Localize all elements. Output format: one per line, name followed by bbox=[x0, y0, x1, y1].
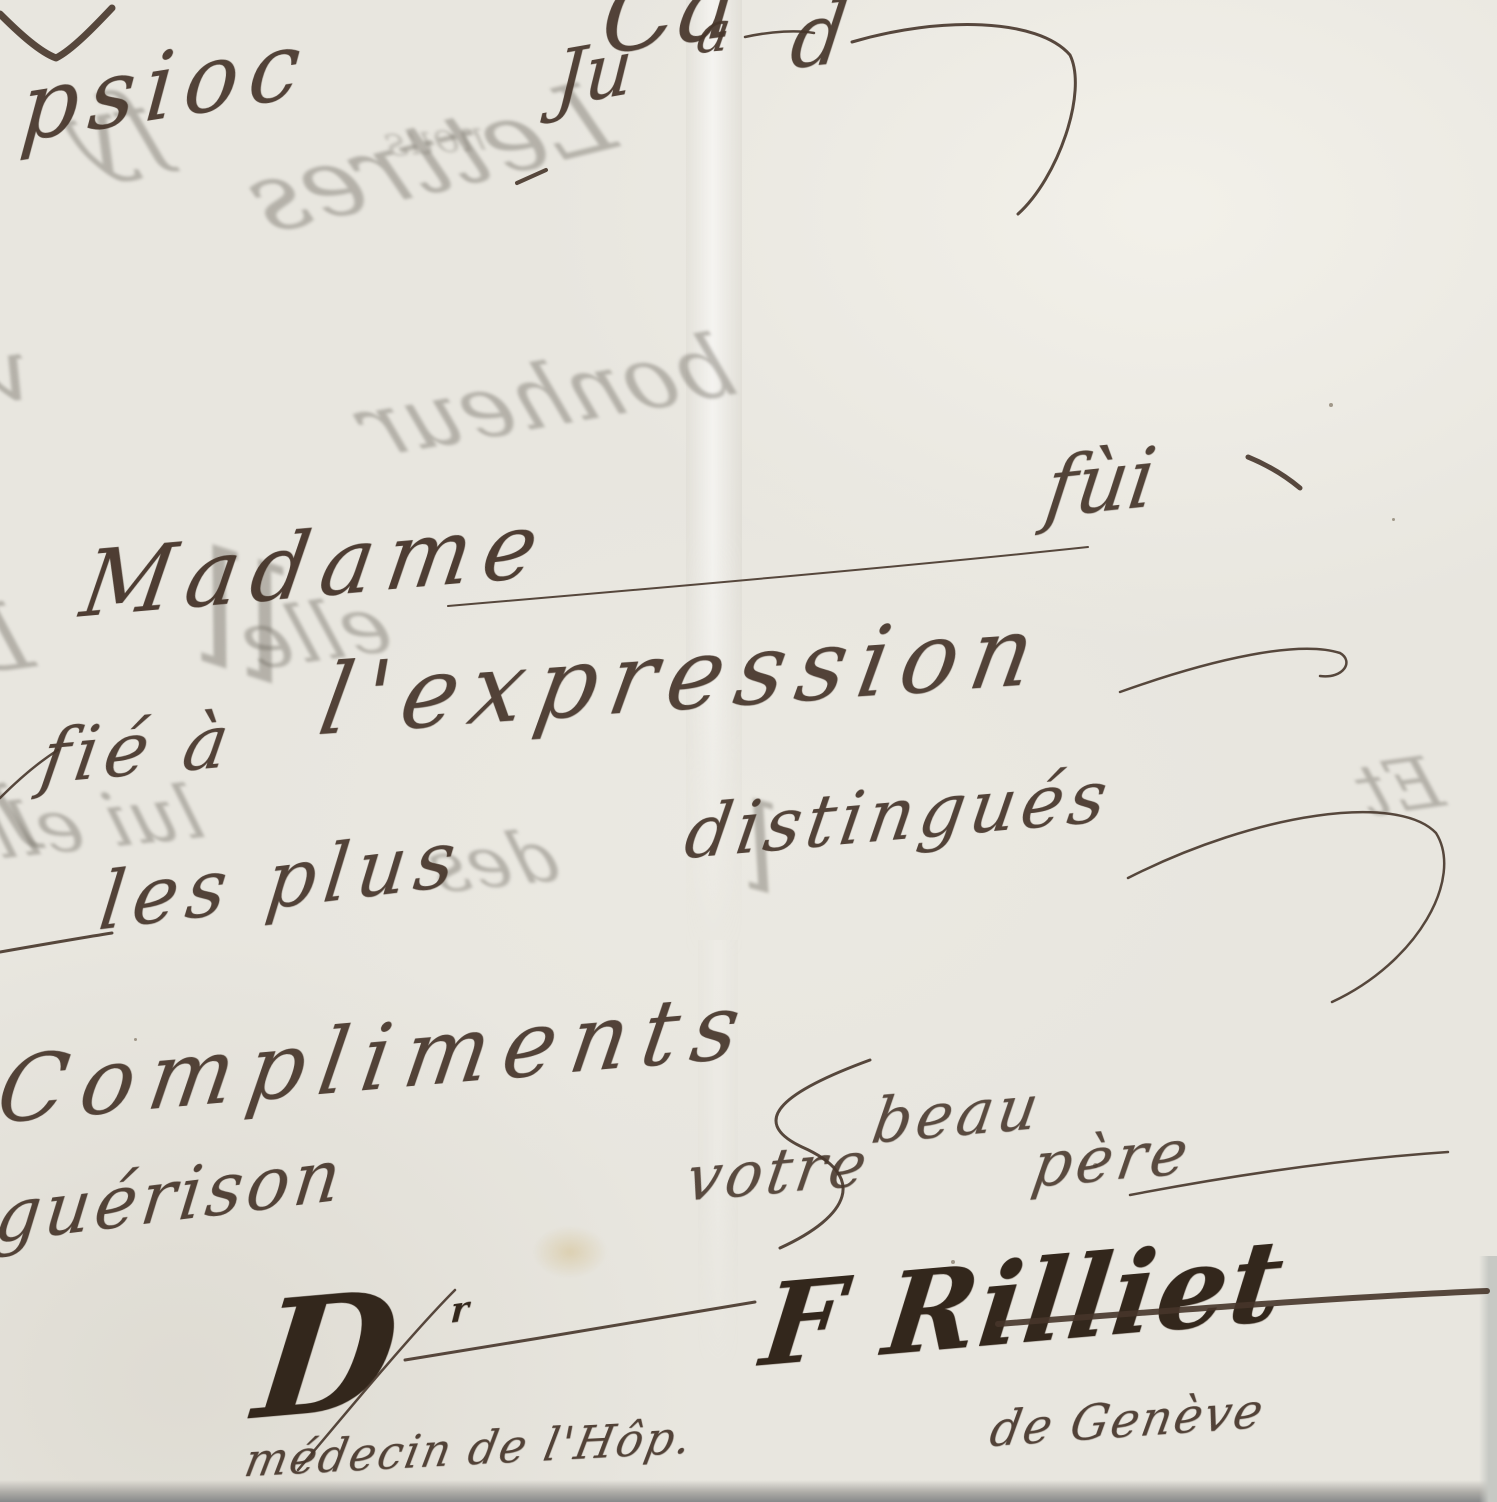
accent-dash-stroke bbox=[517, 170, 546, 183]
signature-dash-stroke bbox=[405, 1302, 755, 1360]
ink-flourishes bbox=[0, 0, 1497, 1502]
les-plus-dash-stroke bbox=[0, 933, 112, 952]
expression-tail-stroke bbox=[1120, 649, 1346, 692]
corner-stroke bbox=[0, 8, 112, 58]
signature-d-upstroke bbox=[298, 1290, 455, 1470]
distingues-tail-stroke bbox=[1128, 812, 1444, 1002]
fui-accent-stroke bbox=[1248, 457, 1300, 488]
compliments-flourish-stroke bbox=[776, 1060, 870, 1248]
letter-page: Lettres fy voyages bonheur ll elle Des f… bbox=[0, 0, 1497, 1502]
madame-connector-stroke bbox=[448, 547, 1088, 606]
a-connector-stroke bbox=[745, 31, 814, 37]
fie-lead-stroke bbox=[0, 750, 58, 798]
d-swash-stroke bbox=[852, 25, 1075, 214]
signature-crossbar-stroke bbox=[998, 1291, 1487, 1324]
pere-tail-stroke bbox=[1130, 1152, 1448, 1195]
